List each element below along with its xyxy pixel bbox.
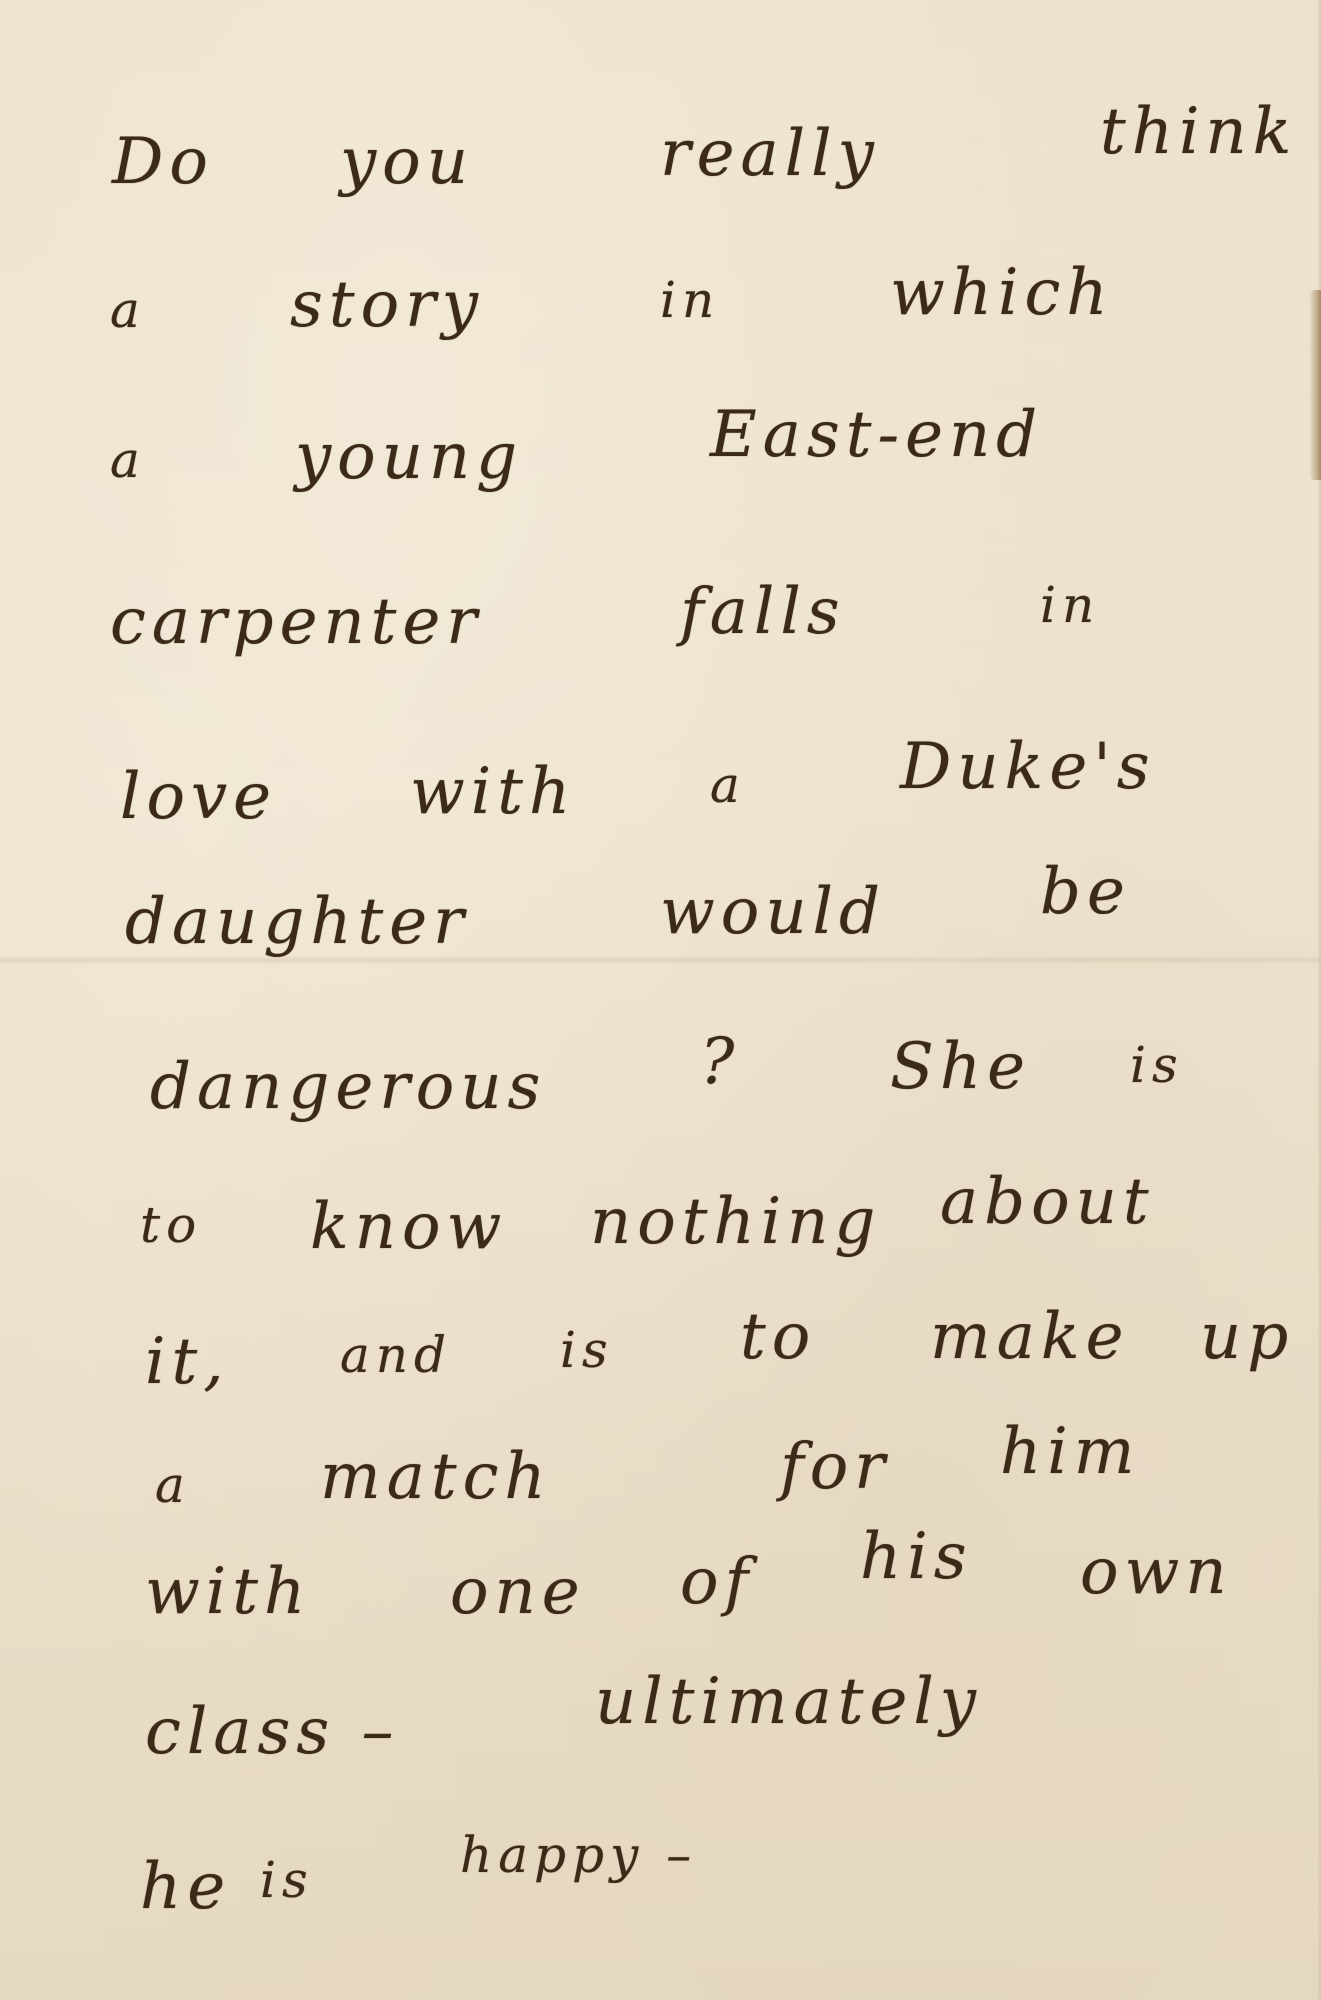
word: in <box>660 275 720 325</box>
word: of <box>680 1550 754 1614</box>
word: falls <box>680 580 846 644</box>
word: make <box>930 1305 1130 1369</box>
word: a <box>155 1460 191 1510</box>
word: about <box>940 1170 1155 1234</box>
word: one <box>450 1560 586 1624</box>
word: class – <box>145 1700 400 1764</box>
handwritten-line-3: a young East-end <box>0 395 1321 535</box>
word: match <box>320 1445 552 1509</box>
letter-page: Do you really think a story in which a y… <box>0 0 1321 2000</box>
handwritten-line-6: daughter would be <box>0 860 1321 1000</box>
word: happy – <box>460 1830 697 1880</box>
word: a <box>710 760 746 810</box>
word: would <box>660 880 886 944</box>
word: East-end <box>710 403 1043 467</box>
word: story <box>290 273 484 337</box>
handwritten-line-1: Do you really think <box>0 110 1321 250</box>
word: to <box>740 1305 816 1369</box>
word: is <box>260 1855 314 1905</box>
handwritten-line-7: dangerous ? She is <box>0 1020 1321 1160</box>
word: which <box>890 261 1114 325</box>
word: daughter <box>125 890 470 954</box>
word: ? <box>700 1030 740 1094</box>
word: Duke's <box>900 735 1156 799</box>
word: dangerous <box>150 1055 546 1119</box>
word: Do <box>112 130 214 194</box>
handwritten-line-12: class – ultimately <box>0 1670 1321 1810</box>
word: him <box>1000 1420 1140 1484</box>
handwritten-line-5: love with a Duke's <box>0 720 1321 860</box>
word: really <box>660 122 880 186</box>
word: carpenter <box>110 590 483 654</box>
word: young <box>295 425 523 489</box>
handwritten-line-13: he is happy – <box>0 1830 1321 1970</box>
word: with <box>145 1560 311 1624</box>
word: know <box>310 1195 507 1259</box>
word: nothing <box>590 1190 881 1254</box>
word: think <box>1100 100 1297 164</box>
word: She <box>890 1035 1031 1099</box>
word: be <box>1040 860 1131 924</box>
handwritten-line-8: to know nothing about <box>0 1160 1321 1300</box>
word: in <box>1040 580 1100 630</box>
word: with <box>410 760 576 824</box>
word: is <box>560 1325 614 1375</box>
handwritten-line-11: with one of his own <box>0 1540 1321 1680</box>
word: his <box>860 1525 973 1589</box>
word: and <box>340 1330 452 1380</box>
word: love <box>120 765 277 829</box>
word: you <box>340 130 474 194</box>
handwritten-line-4: carpenter falls in <box>0 560 1321 700</box>
word: it, <box>145 1330 230 1394</box>
word: he <box>140 1855 231 1919</box>
word: a <box>110 285 146 335</box>
word: a <box>110 435 146 485</box>
word: own <box>1080 1540 1233 1604</box>
word: ultimately <box>595 1670 982 1734</box>
word: for <box>780 1435 891 1499</box>
word: is <box>1130 1040 1184 1090</box>
handwritten-line-2: a story in which <box>0 255 1321 395</box>
word: to <box>140 1200 202 1250</box>
word: up <box>1200 1305 1294 1369</box>
